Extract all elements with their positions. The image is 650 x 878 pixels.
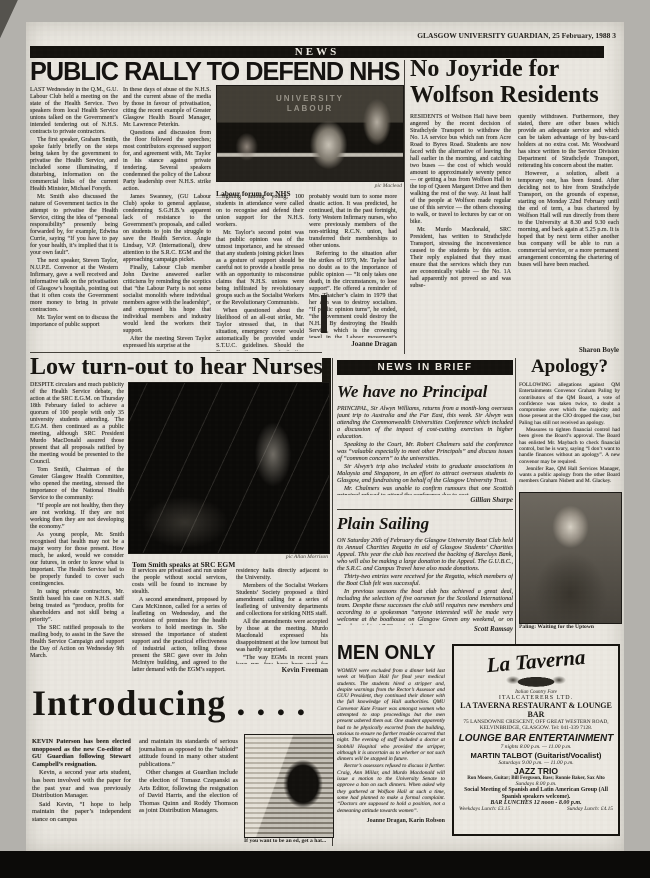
paragraph: quently withdrawn. Furthermore, they sta… (518, 114, 619, 170)
paragraph: WOMEN were excluded from a dinner held l… (337, 668, 445, 762)
paragraph: In previous seasons the boat club has ac… (337, 588, 513, 625)
ad-act1: MARTIN TALBOT (Guitarist/Vocalist) (456, 751, 616, 760)
men-only-headline: MEN ONLY (337, 642, 449, 665)
column-divider (404, 60, 405, 354)
rally-headline-nhs: NHS (349, 56, 399, 88)
paragraph: The first speaker, Graham Smith, spoke f… (30, 137, 118, 193)
sailing-byline: Scott Ramsay (337, 625, 513, 633)
ad-prices: Weekdays Lunch: £3.15 Sunday Lunch: £4.1… (456, 806, 616, 812)
rally-column-1: LAST Wednesday in the Q.M., G.U. Labour … (30, 87, 118, 351)
ad-social: Social Meeting of Spanish and Latin Amer… (456, 787, 616, 800)
paragraph: In these days of abuse of the N.H.S. and… (123, 87, 211, 129)
paragraph: Jennifer Rae, QM Hall Services Manager, … (519, 466, 620, 485)
paragraph: Other changes at Guardian include the el… (139, 769, 238, 815)
paragraph: The next speaker, Steven Taylor, N.U.P.E… (30, 258, 118, 314)
paragraph: If services are privatised and run under… (132, 568, 227, 596)
la-taverna-ad: La Taverna Italian Country Fare ITALCATE… (452, 644, 620, 836)
sailing-headline: Plain Sailing (337, 514, 513, 534)
editor-photo-caption: If you want to be an ed, get a hat... (244, 838, 344, 844)
introducing-column-1: KEVIN Paterson has been elected unoppose… (32, 738, 131, 854)
paragraph: Finally, Labour Club member John Davine … (123, 265, 211, 335)
paragraph: Tom Smith, Chairman of the Greater Glasg… (30, 467, 124, 502)
introducing-headline: Introducing . . . . (32, 684, 328, 722)
photo-banner-line: UNIVERSITY (217, 94, 403, 104)
la-taverna-logo: La Taverna (455, 644, 616, 678)
masthead: GLASGOW UNIVERSITY GUARDIAN, 25 February… (316, 31, 616, 40)
scan-ink-mark (321, 295, 327, 333)
sailing-body: ON Saturday 20th of February the Glasgow… (337, 537, 513, 625)
paragraph: Mr. Taylor’s second point was that publi… (216, 230, 304, 307)
paragraph: Rector’s assessors refused to discuss it… (337, 763, 445, 813)
newspaper-page: GLASGOW UNIVERSITY GUARDIAN, 25 February… (26, 22, 624, 851)
joyride-column-1: RESIDENTS of Wolfson Hall have been ange… (410, 114, 511, 344)
paragraph: Mr. Smith also discussed the nature of G… (30, 194, 118, 257)
egm-photo-credit: pic Allan Morrison (286, 554, 328, 560)
paragraph: Mr. Murdo Macdonald, SRC President, has … (410, 227, 511, 290)
paragraph: Thirty-two entries were received for the… (337, 573, 513, 587)
paragraph: However, a solution, albeit a temporary … (518, 171, 619, 269)
labour-forum-photo: UNIVERSITY LABOUR (216, 85, 404, 182)
paragraph: Questions and discussion from the floor … (123, 130, 211, 193)
paragraph: PRINCIPAL, Sir Alwyn Williams, returns f… (337, 405, 513, 440)
rally-column-2: In these days of abuse of the N.H.S. and… (123, 87, 211, 351)
low-turnout-headline: Low turn-out to hear Nurses (30, 355, 328, 380)
rally-headline: PUBLIC RALLY TO DEFEND NHS (30, 58, 401, 84)
principal-byline: Gillian Sharpe (337, 496, 513, 504)
paragraph: A second amendment, proposed by Cara McK… (132, 597, 227, 674)
brief-divider (337, 509, 513, 510)
paragraph: “If people are not healthy, then they ar… (30, 503, 124, 531)
low-turnout-byline: Kevin Freeman (236, 666, 328, 674)
photo-banner-text: UNIVERSITY LABOUR (217, 94, 403, 114)
low-turnout-column-1: DESPITE circulars and much publicity of … (30, 382, 124, 674)
paragraph: The SRC ratified proposals to the mailin… (30, 625, 124, 660)
paragraph: Said Kevin, “I hope to help maintain the… (32, 801, 131, 824)
men-only-byline: Joanne Dragan, Karin Robson (337, 818, 445, 824)
rally-byline: Joanne Dragan (309, 340, 397, 348)
introducing-column-2: and maintain its standards of serious jo… (139, 738, 238, 838)
apology-divider (515, 358, 516, 648)
paragraph: ON Saturday 20th of February the Glasgow… (337, 537, 513, 572)
ad-act2: JAZZ TRIO (456, 766, 616, 776)
paragraph: When questioned about the likelihood of … (216, 308, 304, 351)
paragraph: Sir Alwyn’s trip also included visits to… (337, 463, 513, 484)
paragraph: Measures to tighten financial control ha… (519, 427, 620, 465)
ad-entertainment-title: LOUNGE BAR ENTERTAINMENT (456, 733, 616, 744)
principal-headline: We have no Principal (337, 382, 513, 402)
joyride-headline: No Joyride for Wolfson Residents (410, 56, 622, 108)
news-in-brief-label: NEWS IN BRIEF (377, 362, 472, 373)
paragraph: and maintain its standards of serious jo… (139, 738, 238, 768)
apology-body: FOLLOWING allegations against QM Enterta… (519, 382, 620, 488)
paragraph: KEVIN Paterson has been elected unoppose… (32, 738, 131, 768)
paragraph: “The way EGMs in recent years have run, … (236, 655, 328, 664)
scan-bottom-bar (0, 851, 650, 878)
ad-name: LA TAVERNA RESTAURANT & LOUNGE BAR (456, 701, 616, 719)
paragraph: Members of the Socialist Workers Student… (236, 583, 328, 618)
paragraph: Kevin, a second year arts student, has b… (32, 769, 131, 799)
editor-photo (244, 734, 334, 838)
paragraph: After the meeting Steven Taylor expresse… (123, 336, 211, 350)
egm-photo (128, 382, 330, 554)
rally-headline-part: PUBLIC RALLY TO DEFEND (30, 56, 349, 86)
paragraph: residency halls directly adjacent to the… (236, 568, 328, 582)
paragraph: Speaking to the Court, Mr. Robert Chalme… (337, 441, 513, 462)
ad-address-2: KELVINBRIDGE, GLASGOW. Tel: 041-339 7128… (456, 725, 616, 731)
paragraph: RESIDENTS of Wolfson Hall have been ange… (410, 114, 511, 226)
scan-corner-mark (0, 0, 18, 56)
apology-headline: Apology? (519, 356, 620, 378)
ad-price-weekday: Weekdays Lunch: £3.15 (459, 806, 510, 812)
rally-column-3: …fighting among young; 100 students in a… (216, 194, 304, 351)
photo-banner-line: LABOUR (217, 104, 403, 114)
news-in-brief-banner: NEWS IN BRIEF (337, 360, 513, 375)
low-turnout-column-3: residency halls directly adjacent to the… (236, 568, 328, 664)
paragraph: As young people, Mr. Smith recognised th… (30, 532, 124, 588)
paragraph: probably would turn to some more drastic… (309, 194, 397, 250)
paragraph: All the amendments were accepted by thos… (236, 619, 328, 654)
newspaper-scan: GLASGOW UNIVERSITY GUARDIAN, 25 February… (0, 0, 650, 878)
joyride-byline: Sharon Boyle (518, 346, 619, 354)
men-only-body: WOMEN were excluded from a dinner held l… (337, 668, 445, 816)
low-turnout-column-2: If services are privatised and run under… (132, 568, 227, 674)
principal-body: PRINCIPAL, Sir Alwyn Williams, returns f… (337, 405, 513, 495)
paragraph: Mr. Taylor went on to discuss the import… (30, 315, 118, 329)
paragraph: …fighting among young; 100 students in a… (216, 194, 304, 229)
joyride-column-2: quently withdrawn. Furthermore, they sta… (518, 114, 619, 344)
paragraph: James Swanney, (GU Labour Club) spoke to… (123, 194, 211, 264)
ad-price-sunday: Sunday Lunch: £4.15 (567, 806, 613, 812)
rally-photo-credit: pic Macleod (375, 183, 402, 189)
paragraph: DESPITE circulars and much publicity of … (30, 382, 124, 466)
paragraph: In using private contractors, Mr. Smith … (30, 589, 124, 624)
ad-entertainment-times: 7 nights 8.00 p.m. — 11.00 p.m. (456, 744, 616, 750)
section-rule (30, 352, 322, 353)
paling-photo-caption: Paling: Waiting for the Uptown (519, 624, 620, 630)
paragraph: LAST Wednesday in the Q.M., G.U. Labour … (30, 87, 118, 136)
paragraph: Mr. Chalmers was unable to confirm rumou… (337, 485, 513, 495)
paling-photo (519, 492, 622, 624)
paragraph: FOLLOWING allegations against QM Enterta… (519, 382, 620, 426)
